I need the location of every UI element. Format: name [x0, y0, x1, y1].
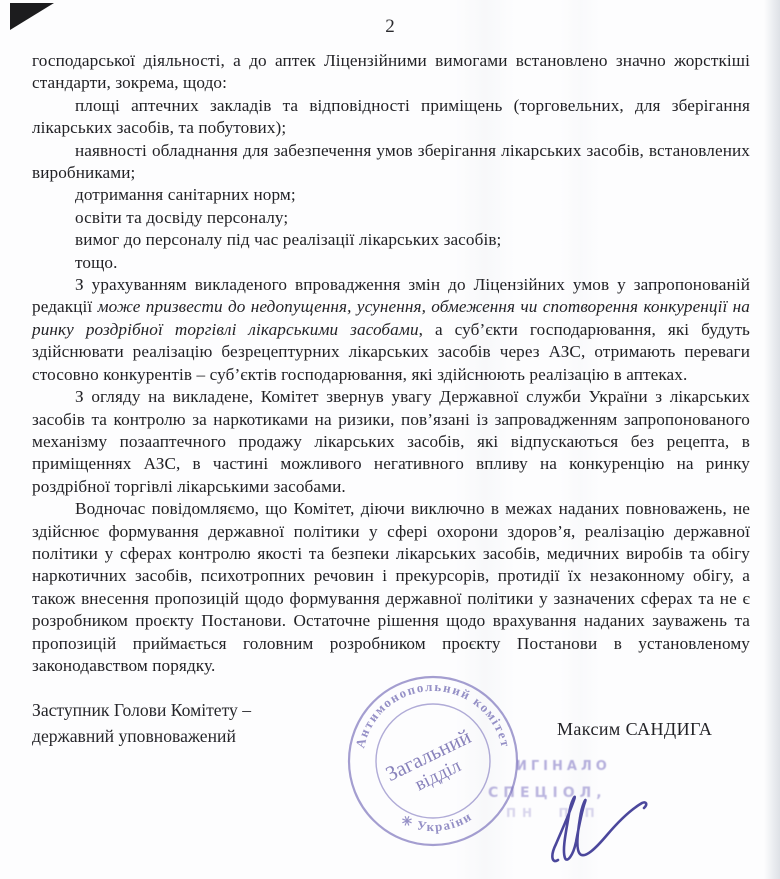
list-item: дотримання санітарних норм;: [32, 184, 750, 206]
document-body: господарської діяльності, а до аптек Ліц…: [32, 50, 750, 677]
svg-text:✳ України: ✳ України: [399, 808, 475, 834]
scanned-document-page: 2 господарської діяльності, а до аптек Л…: [0, 0, 780, 879]
paragraph: З урахуванням викладеного впровадження з…: [32, 274, 750, 386]
list-item: площі аптечних закладів та відповідності…: [32, 95, 750, 140]
signatory-title-line1: Заступник Голови Комітету –: [32, 698, 251, 724]
paragraph: господарської діяльності, а до аптек Ліц…: [32, 50, 750, 95]
list-item: тощо.: [32, 252, 750, 274]
list-item: наявності обладнання для забезпечення ум…: [32, 140, 750, 185]
faded-stamp-text: ИГІНАЛО: [516, 759, 611, 774]
list-item: освіти та досвіду персоналу;: [32, 207, 750, 229]
page-number: 2: [0, 16, 780, 38]
round-stamp: Антимонопольний комітет ✳ України Загаль…: [338, 666, 528, 856]
scan-edge-shadow: [764, 0, 780, 879]
signatory-name: Максим САНДИГА: [557, 719, 712, 740]
signatory-title: Заступник Голови Комітету – державний уп…: [32, 698, 251, 749]
paragraph: Водночас повідомляємо, що Комітет, діючи…: [32, 498, 750, 677]
signatory-title-line2: державний уповноважений: [32, 724, 251, 750]
handwritten-signature: [544, 790, 654, 868]
paragraph: З огляду на викладене, Комітет звернув у…: [32, 386, 750, 498]
list-item: вимог до персоналу під час реалізації лі…: [32, 229, 750, 251]
stamp-ring-text-bottom: ✳ України: [399, 808, 475, 834]
